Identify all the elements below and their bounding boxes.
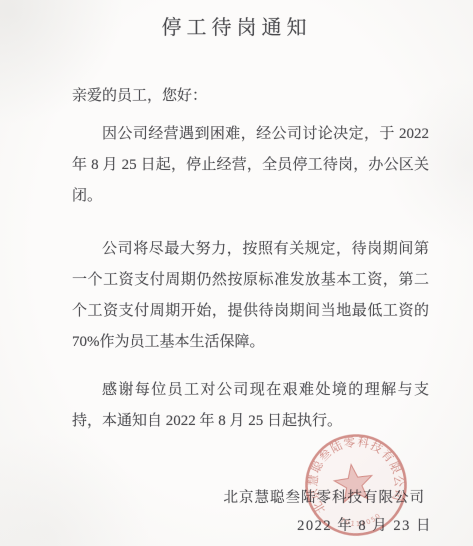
- document-page: 停工待岗通知 亲爱的员工，您好： 因公司经营遇到困难，经公司讨论决定，于 202…: [0, 0, 473, 546]
- greeting-line: 亲爱的员工，您好：: [72, 81, 429, 112]
- company-seal-stamp: 北京慧聪叁陆零科技有限公司 70114050: [296, 425, 416, 545]
- notice-paragraph-1: 因公司经营遇到困难，经公司讨论决定，于 2022 年 8 月 25 日起，停止经…: [72, 119, 429, 212]
- notice-body: 亲爱的员工，您好： 因公司经营遇到困难，经公司讨论决定，于 2022 年 8 月…: [72, 81, 429, 437]
- notice-paragraph-2: 公司将尽最大努力，按照有关规定，待岗期间第一个工资支付周期仍然按原标准发放基本工…: [72, 234, 429, 358]
- notice-title: 停工待岗通知: [0, 0, 473, 40]
